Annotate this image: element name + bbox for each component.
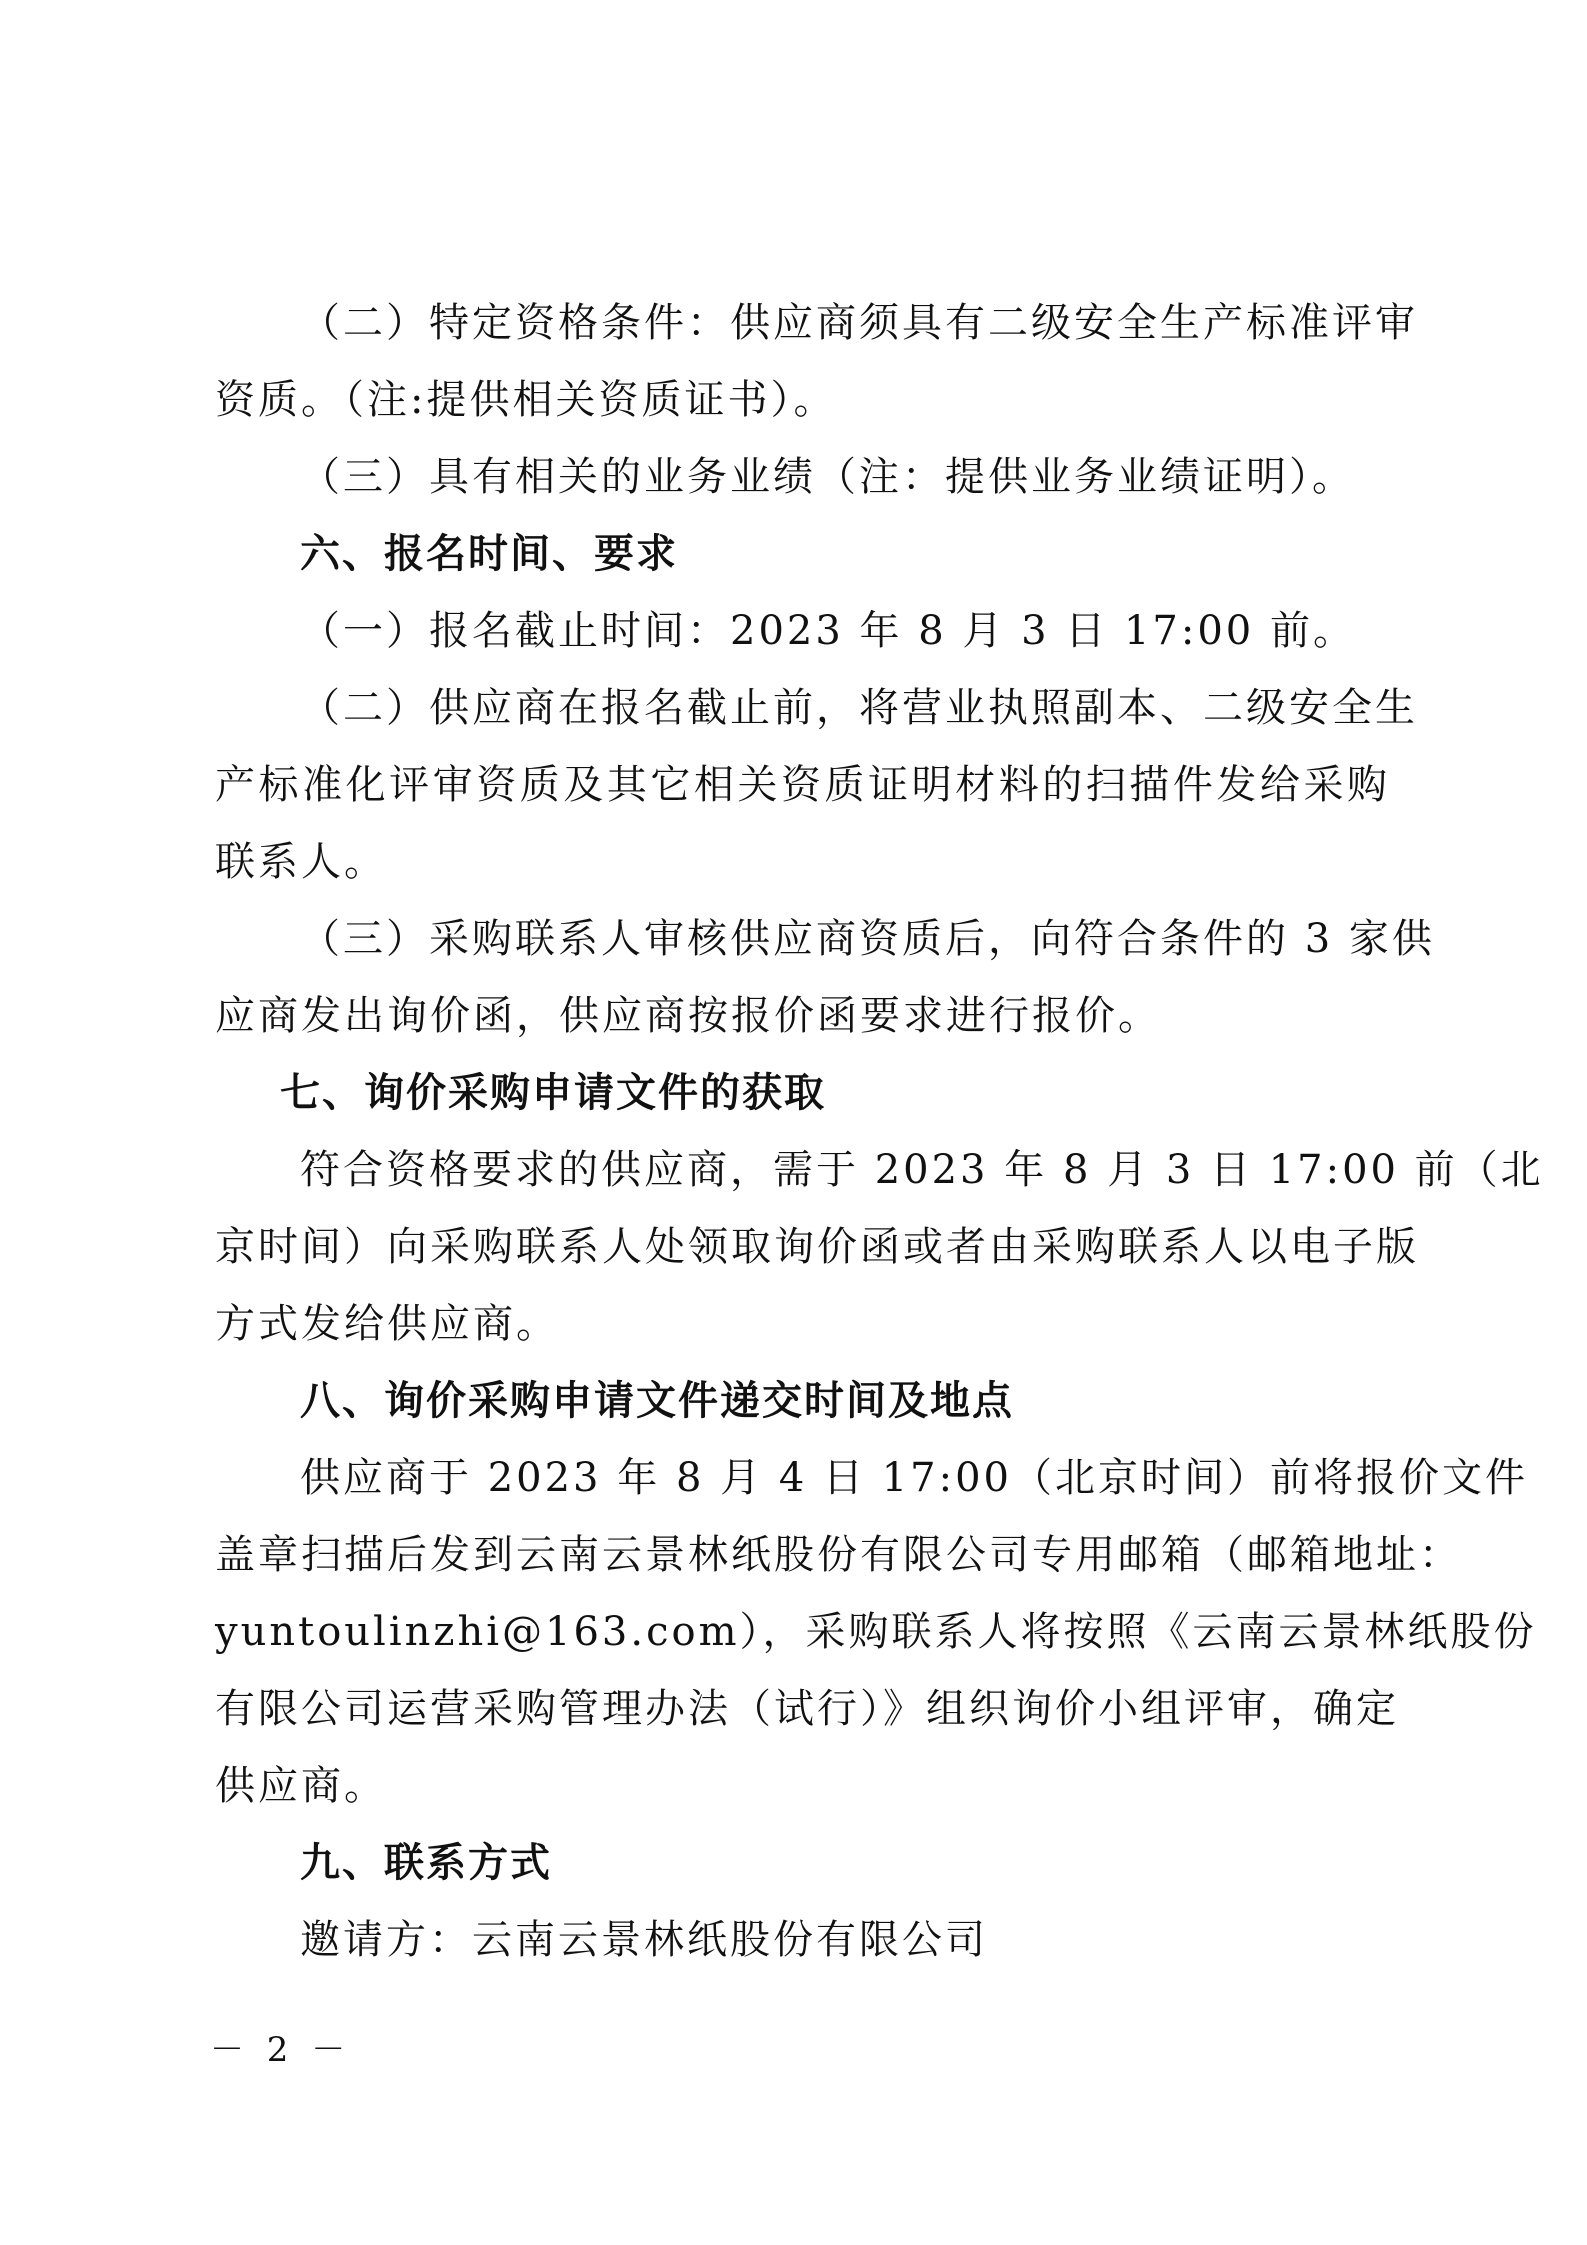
para-registration-2-line-3: 联系人。 <box>215 832 1390 892</box>
para-submission-line-3-email: yuntoulinzhi@163.com），采购联系人将按照《云南云景林纸股份 <box>215 1602 1390 1662</box>
document-page: （二）特定资格条件：供应商须具有二级安全生产标准评审 资质。（注:提供相关资质证… <box>0 0 1587 2245</box>
para-qualification-2-line-1: （二）特定资格条件：供应商须具有二级安全生产标准评审 <box>300 293 1390 353</box>
section-heading-6: 六、报名时间、要求 <box>300 524 1475 584</box>
para-submission-line-5: 供应商。 <box>215 1756 1390 1816</box>
section-heading-9: 九、联系方式 <box>300 1833 1475 1893</box>
para-qualification-2-line-2: 资质。（注:提供相关资质证书）。 <box>215 370 1390 430</box>
para-registration-2-line-2: 产标准化评审资质及其它相关资质证明材料的扫描件发给采购 <box>215 755 1390 815</box>
para-obtain-docs-line-3: 方式发给供应商。 <box>215 1294 1390 1354</box>
para-obtain-docs-line-1: 符合资格要求的供应商，需于 2023 年 8 月 3 日 17:00 前（北 <box>300 1140 1390 1200</box>
para-registration-2-line-1: （二）供应商在报名截止前，将营业执照副本、二级安全生 <box>300 678 1390 738</box>
para-inviter: 邀请方：云南云景林纸股份有限公司 <box>300 1910 1390 1970</box>
section-heading-7: 七、询价采购申请文件的获取 <box>280 1063 1455 1123</box>
para-registration-3-line-1: （三）采购联系人审核供应商资质后，向符合条件的 3 家供 <box>300 909 1390 969</box>
page-number: － 2 － <box>210 2025 351 2075</box>
para-registration-deadline: （一）报名截止时间：2023 年 8 月 3 日 17:00 前。 <box>300 601 1390 661</box>
para-submission-line-4: 有限公司运营采购管理办法（试行）》组织询价小组评审，确定 <box>215 1679 1390 1739</box>
para-registration-3-line-2: 应商发出询价函，供应商按报价函要求进行报价。 <box>215 986 1390 1046</box>
para-submission-line-2: 盖章扫描后发到云南云景林纸股份有限公司专用邮箱（邮箱地址： <box>215 1525 1390 1585</box>
section-heading-8: 八、询价采购申请文件递交时间及地点 <box>300 1371 1475 1431</box>
para-submission-line-1: 供应商于 2023 年 8 月 4 日 17:00（北京时间）前将报价文件 <box>300 1448 1390 1508</box>
para-obtain-docs-line-2: 京时间）向采购联系人处领取询价函或者由采购联系人以电子版 <box>215 1217 1390 1277</box>
para-qualification-3: （三）具有相关的业务业绩（注：提供业务业绩证明）。 <box>300 447 1390 507</box>
